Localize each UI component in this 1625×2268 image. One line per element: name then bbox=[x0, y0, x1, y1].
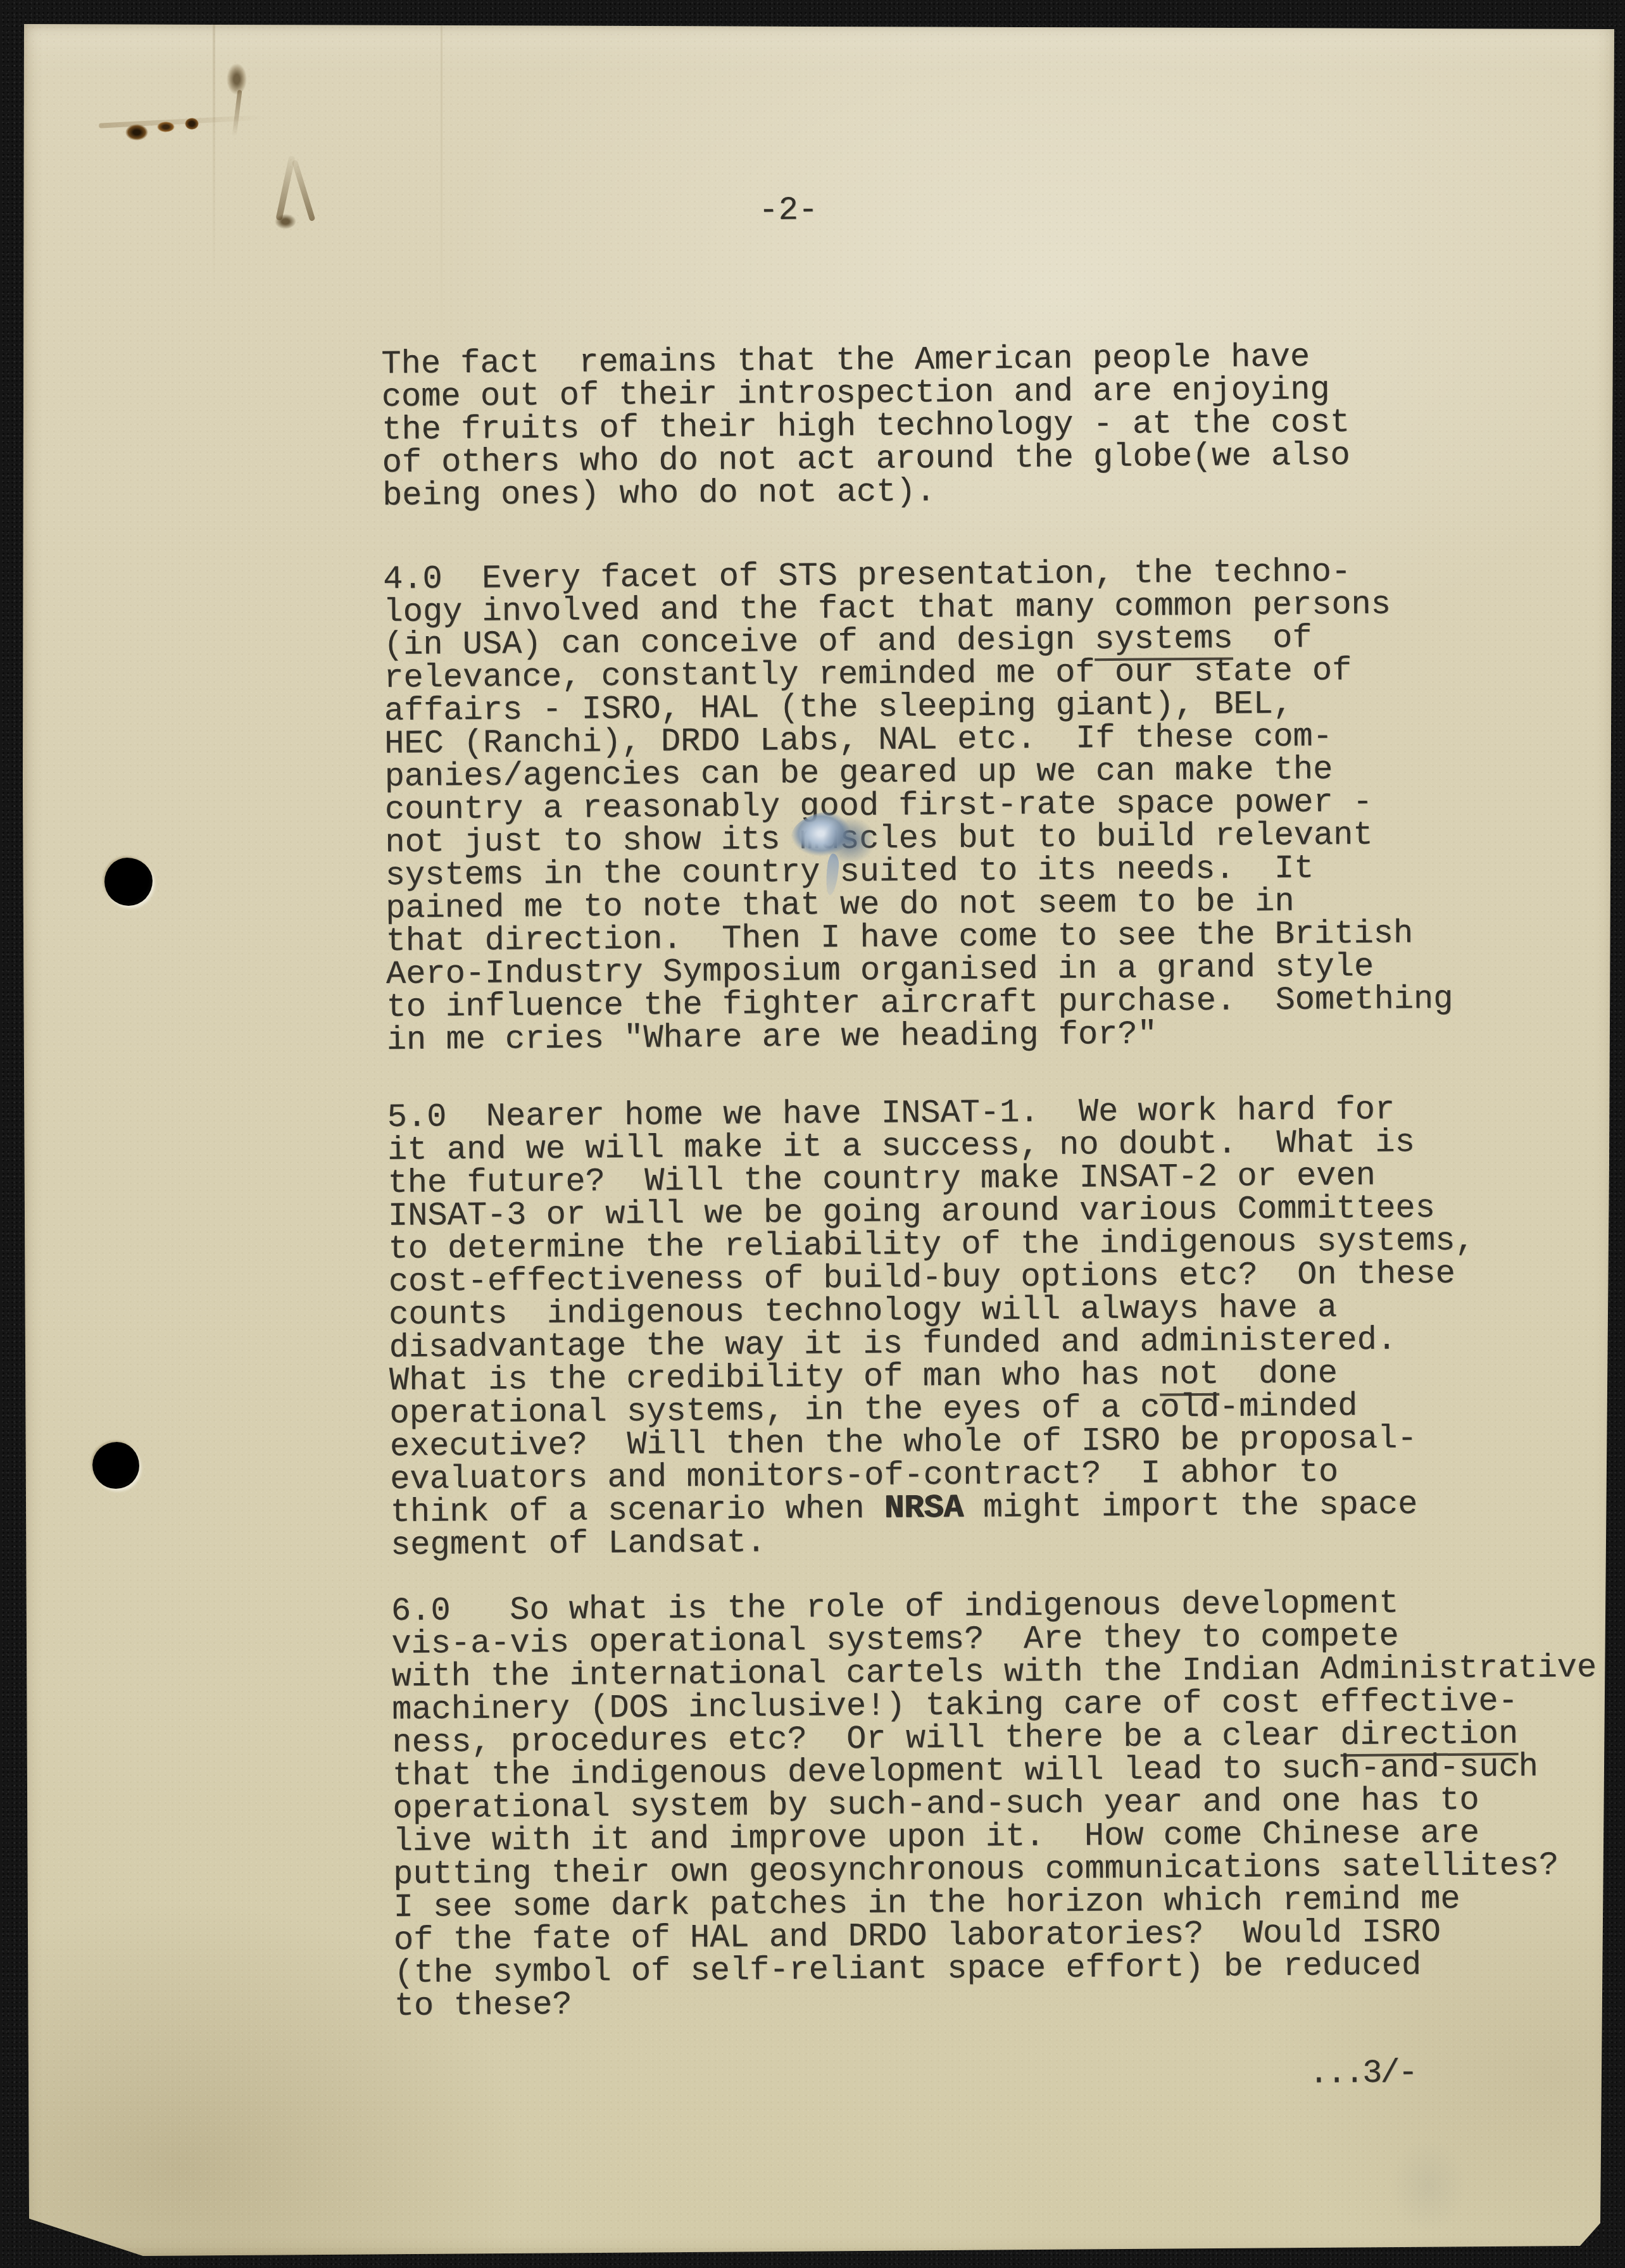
text-line: (the symbol of self-reliant space effort… bbox=[394, 1948, 1599, 1990]
paper-crease bbox=[213, 24, 215, 290]
text-line: in me cries "Whare are we heading for?" bbox=[387, 1016, 1453, 1057]
punch-hole-bottom bbox=[92, 1442, 139, 1489]
page-continuation-mark: ...3/- bbox=[1308, 2057, 1416, 2090]
typewritten-text-block: -2- The fact remains that the American p… bbox=[379, 15, 1625, 2257]
text-line: think of a scenario when NRSA might impo… bbox=[390, 1488, 1477, 1529]
staple-rust-stain bbox=[157, 122, 175, 132]
v-shaped-stain-blob bbox=[275, 214, 296, 229]
v-shaped-stain bbox=[265, 154, 315, 235]
page-number: -2- bbox=[758, 194, 818, 228]
ink-smear-stain bbox=[227, 63, 247, 95]
paragraph-6.0: 6.0 So what is the role of indigenous de… bbox=[391, 1586, 1600, 2023]
paragraph-4.0: 4.0 Every facet of STS presentation, the… bbox=[383, 555, 1453, 1057]
paragraph-5.0: 5.0 Nearer home we have INSAT-1. We work… bbox=[387, 1093, 1478, 1562]
punch-hole-top bbox=[104, 858, 153, 906]
text-line: being ones) who do not act). bbox=[382, 472, 1350, 513]
ink-blot-covered-text: mus bbox=[800, 820, 859, 858]
document-text: The fact remains that the American peopl… bbox=[379, 15, 1625, 25]
paper-sheet: -2- The fact remains that the American p… bbox=[23, 24, 1615, 2257]
overtyped-text: NRSA bbox=[884, 1489, 963, 1527]
scanner-background: { "page": { "page_number": "-2-", "foote… bbox=[0, 0, 1625, 2268]
text-line: segment of Landsat. bbox=[391, 1521, 1478, 1562]
staple-rust-stain bbox=[185, 118, 199, 130]
staple-rust-stain bbox=[125, 124, 148, 141]
paper-crease bbox=[99, 115, 263, 128]
paragraph-intro: The fact remains that the American peopl… bbox=[381, 341, 1350, 513]
